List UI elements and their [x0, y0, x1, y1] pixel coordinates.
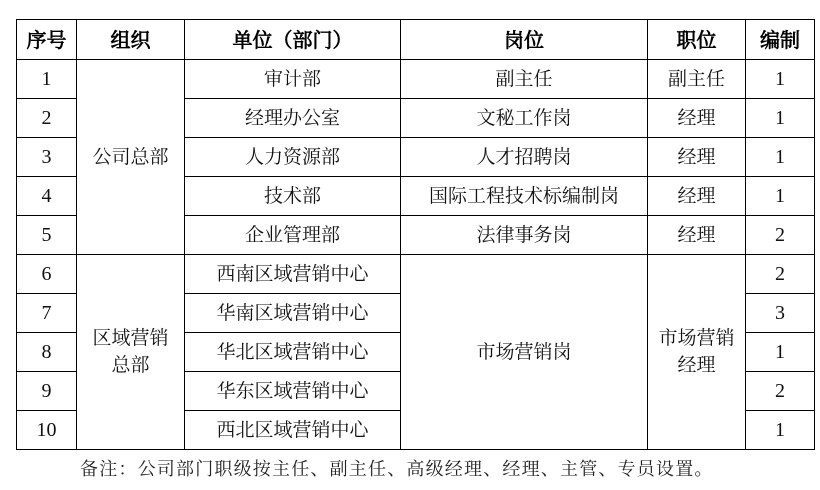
header-post: 岗位: [401, 20, 648, 60]
table-row: 6 区域营销 总部 西南区域营销中心 市场营销岗 市场营销 经理 2: [17, 255, 815, 294]
cell-serial-no: 5: [17, 216, 77, 255]
position-line-2: 经理: [648, 352, 745, 379]
cell-post: 人才招聘岗: [401, 138, 648, 177]
cell-quota: 3: [746, 294, 815, 333]
table-row: 1 公司总部 审计部 副主任 副主任 1: [17, 60, 815, 99]
cell-quota: 1: [746, 99, 815, 138]
cell-serial-no: 3: [17, 138, 77, 177]
cell-quota: 1: [746, 411, 815, 450]
cell-serial-no: 8: [17, 333, 77, 372]
cell-position: 市场营销 经理: [648, 255, 746, 450]
cell-position: 经理: [648, 216, 746, 255]
header-serial-no: 序号: [17, 20, 77, 60]
organization-line-2: 总部: [77, 352, 184, 379]
header-quota: 编制: [746, 20, 815, 60]
cell-post: 市场营销岗: [401, 255, 648, 450]
cell-position: 经理: [648, 177, 746, 216]
cell-unit: 华南区域营销中心: [185, 294, 401, 333]
cell-serial-no: 2: [17, 99, 77, 138]
document-title-clipped: [140, 0, 260, 4]
cell-unit: 企业管理部: [185, 216, 401, 255]
cell-serial-no: 4: [17, 177, 77, 216]
cell-quota: 2: [746, 216, 815, 255]
cell-organization: 区域营销 总部: [77, 255, 185, 450]
organization-line-1: 区域营销: [77, 325, 184, 352]
cell-organization: 公司总部: [77, 60, 185, 255]
cell-post: 法律事务岗: [401, 216, 648, 255]
header-row: 序号 组织 单位（部门） 岗位 职位 编制: [17, 20, 815, 60]
cell-position: 经理: [648, 99, 746, 138]
cell-quota: 2: [746, 372, 815, 411]
cell-serial-no: 6: [17, 255, 77, 294]
cell-post: 国际工程技术标编制岗: [401, 177, 648, 216]
cell-unit: 西南区域营销中心: [185, 255, 401, 294]
cell-unit: 经理办公室: [185, 99, 401, 138]
cell-quota: 1: [746, 333, 815, 372]
header-organization: 组织: [77, 20, 185, 60]
cell-unit: 华东区域营销中心: [185, 372, 401, 411]
cell-serial-no: 9: [17, 372, 77, 411]
staffing-table: 序号 组织 单位（部门） 岗位 职位 编制 1 公司总部 审计部 副主任 副主任…: [16, 19, 815, 450]
cell-serial-no: 1: [17, 60, 77, 99]
footnote: 备注：公司部门职级按主任、副主任、高级经理、经理、主管、专员设置。: [80, 455, 820, 481]
cell-quota: 1: [746, 60, 815, 99]
cell-post: 文秘工作岗: [401, 99, 648, 138]
cell-unit: 技术部: [185, 177, 401, 216]
cell-position: 副主任: [648, 60, 746, 99]
header-unit-department: 单位（部门）: [185, 20, 401, 60]
cell-serial-no: 10: [17, 411, 77, 450]
cell-quota: 1: [746, 177, 815, 216]
cell-unit: 华北区域营销中心: [185, 333, 401, 372]
cell-post: 副主任: [401, 60, 648, 99]
cell-unit: 审计部: [185, 60, 401, 99]
header-position: 职位: [648, 20, 746, 60]
cell-unit: 西北区域营销中心: [185, 411, 401, 450]
position-line-1: 市场营销: [648, 325, 745, 352]
cell-serial-no: 7: [17, 294, 77, 333]
cell-quota: 2: [746, 255, 815, 294]
cell-quota: 1: [746, 138, 815, 177]
cell-position: 经理: [648, 138, 746, 177]
cell-unit: 人力资源部: [185, 138, 401, 177]
